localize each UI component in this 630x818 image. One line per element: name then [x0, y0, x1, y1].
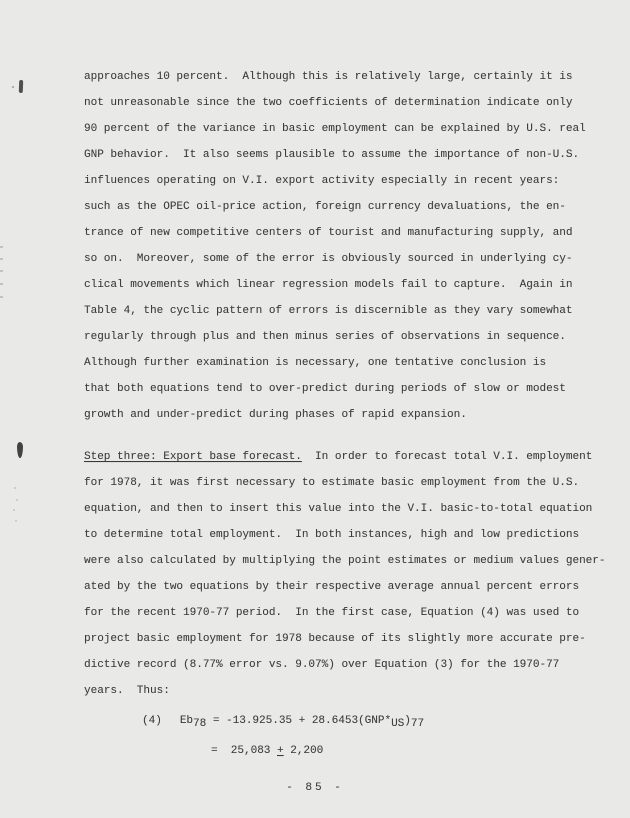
page-number: - 85 -: [0, 782, 630, 794]
subscript-78: 78: [193, 718, 206, 730]
equation-result-margin: 2,200: [284, 745, 324, 757]
edge-mark-artifact: [0, 258, 3, 260]
edge-mark-artifact: [0, 246, 3, 248]
edge-mark-artifact: [0, 270, 3, 272]
ink-blot-artifact: [19, 80, 23, 93]
edge-mark-artifact: [0, 283, 3, 285]
text-line: Table 4, the cyclic pattern of errors is…: [84, 298, 614, 324]
equation-4-block: (4)Eb78 = -13.925.35 + 28.6453(GNP*US)77…: [142, 706, 614, 766]
speck-artifact: [16, 499, 18, 501]
subscript-us: US: [391, 718, 404, 730]
text-line: clical movements which linear regression…: [84, 272, 614, 298]
text-line: for 1978, it was first necessary to esti…: [84, 470, 614, 496]
edge-mark-artifact: [0, 296, 3, 298]
equation-line-1: (4)Eb78 = -13.925.35 + 28.6453(GNP*US)77: [142, 706, 614, 736]
text-line: trance of new competitive centers of tou…: [84, 220, 614, 246]
plus-minus-sign: +: [277, 745, 284, 757]
equation-body: = -13.925.35 + 28.6453(GNP*: [206, 715, 391, 727]
equation-term: Eb: [180, 715, 193, 727]
text-line: equation, and then to insert this value …: [84, 496, 614, 522]
text-line: not unreasonable since the two coefficie…: [84, 90, 614, 116]
text-line: ated by the two equations by their respe…: [84, 574, 614, 600]
text-line: that both equations tend to over-predict…: [84, 376, 614, 402]
section-heading: Step three: Export base forecast.: [84, 451, 302, 463]
text-line: dictive record (8.77% error vs. 9.07%) o…: [84, 652, 614, 678]
text-run: In order to forecast total V.I. employme…: [302, 451, 592, 463]
section-heading-line: Step three: Export base forecast. In ord…: [84, 444, 614, 470]
equation-number: (4): [142, 715, 162, 727]
speck-artifact: [14, 487, 16, 489]
speck-artifact: [15, 520, 17, 522]
ink-blot-artifact: [17, 442, 23, 458]
paragraph-2: Step three: Export base forecast. In ord…: [84, 444, 614, 704]
text-line: to determine total employment. In both i…: [84, 522, 614, 548]
text-line: growth and under-predict during phases o…: [84, 402, 614, 428]
text-line: influences operating on V.I. export acti…: [84, 168, 614, 194]
text-line: approaches 10 percent. Although this is …: [84, 64, 614, 90]
text-line: such as the OPEC oil-price action, forei…: [84, 194, 614, 220]
text-line: were also calculated by multiplying the …: [84, 548, 614, 574]
paragraph-1: approaches 10 percent. Although this is …: [84, 64, 614, 428]
document-page: approaches 10 percent. Although this is …: [0, 0, 630, 818]
equation-line-2: = 25,083 + 2,200: [211, 736, 614, 766]
text-line: GNP behavior. It also seems plausible to…: [84, 142, 614, 168]
text-line: for the recent 1970-77 period. In the fi…: [84, 600, 614, 626]
text-line: regularly through plus and then minus se…: [84, 324, 614, 350]
text-line: project basic employment for 1978 becaus…: [84, 626, 614, 652]
page-body-text: approaches 10 percent. Although this is …: [84, 64, 614, 766]
equation-result: = 25,083: [211, 745, 277, 757]
equation-close-paren: ): [404, 715, 411, 727]
speck-artifact: [13, 509, 15, 511]
text-line: 90 percent of the variance in basic empl…: [84, 116, 614, 142]
text-line: so on. Moreover, some of the error is ob…: [84, 246, 614, 272]
subscript-77: 77: [411, 718, 424, 730]
text-line: Although further examination is necessar…: [84, 350, 614, 376]
ink-dot-artifact: [12, 86, 14, 88]
text-line: years. Thus:: [84, 678, 614, 704]
